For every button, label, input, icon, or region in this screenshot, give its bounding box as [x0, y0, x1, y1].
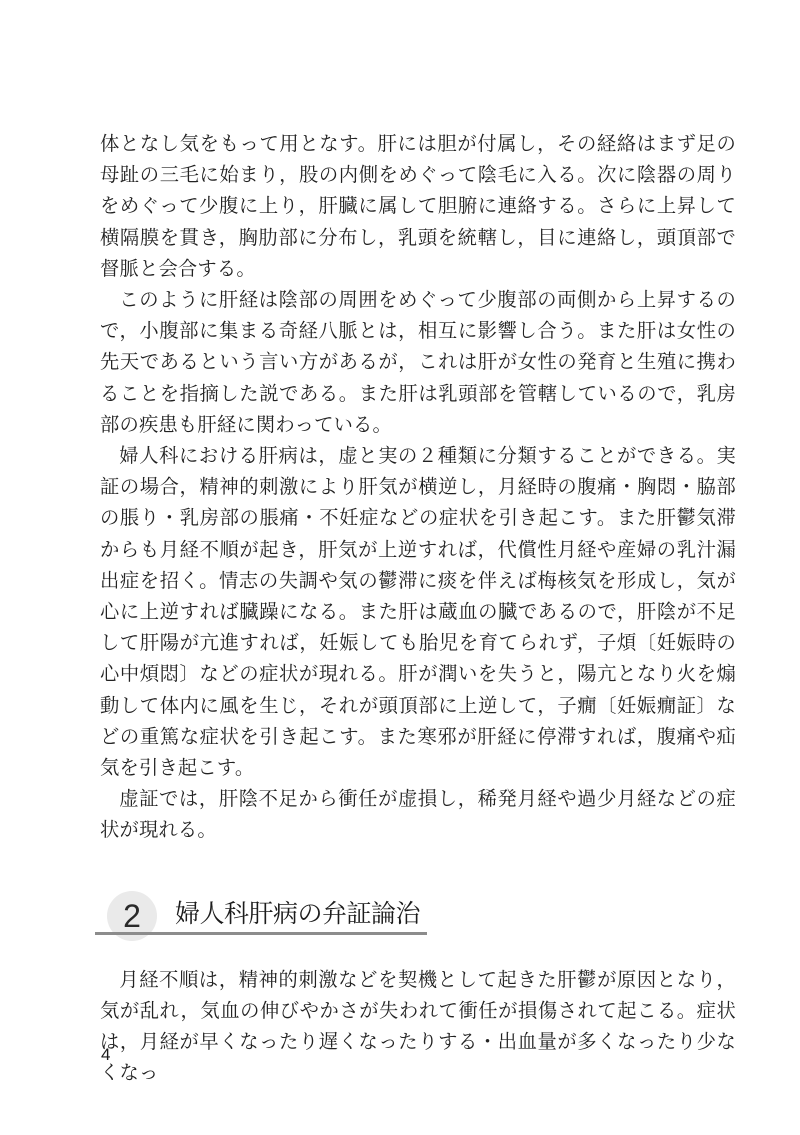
paragraph: 月経不順は，精神的刺激などを契機として起きた肝鬱が原因となり，気が乱れ，気血の伸…	[100, 965, 736, 1090]
paragraph: 虚証では，肝陰不足から衝任が虚損し，稀発月経や過少月経などの症状が現れる。	[100, 784, 736, 846]
heading-underline	[95, 932, 427, 935]
page-number: 4	[101, 1045, 110, 1065]
section-heading: 2 婦人科肝病の弁証論治	[95, 887, 427, 935]
section-title: 婦人科肝病の弁証論治	[175, 894, 420, 930]
paragraph: このように肝経は陰部の周囲をめぐって少腹部の両側から上昇するので，小腹部に集まる…	[100, 285, 736, 441]
paragraph: 婦人科における肝病は，虚と実の２種類に分類することができる。実証の場合，精神的刺…	[100, 441, 736, 784]
paragraph-continuation: 体となし気をもって用となす。肝には胆が付属し，その経絡はまず足の母趾の三毛に始ま…	[100, 129, 736, 285]
book-page: 体となし気をもって用となす。肝には胆が付属し，その経絡はまず足の母趾の三毛に始ま…	[0, 0, 800, 1135]
page-content: 体となし気をもって用となす。肝には胆が付属し，その経絡はまず足の母趾の三毛に始ま…	[100, 129, 736, 1089]
